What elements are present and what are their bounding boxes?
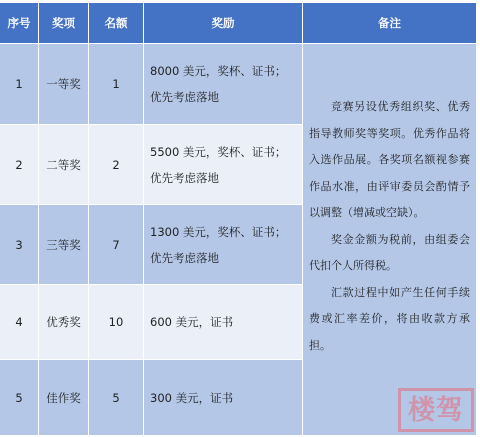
row-1-reward-line2: 优先考虑落地	[150, 84, 219, 110]
row-3-award: 三等奖	[39, 205, 89, 285]
row-1-reward-line1: 8000 美元，奖杯、证书；	[150, 58, 286, 84]
row-3-quota: 7	[89, 205, 144, 285]
row-3-reward-line2: 优先考虑落地	[150, 245, 219, 271]
header-index: 序号	[0, 3, 39, 44]
row-2-reward-line2: 优先考虑落地	[150, 165, 219, 191]
row-5-quota: 5	[89, 360, 144, 436]
row-1-reward: 8000 美元，奖杯、证书； 优先考虑落地	[144, 44, 303, 125]
row-2-index: 2	[0, 125, 39, 205]
row-2-quota: 2	[89, 125, 144, 205]
note-paragraph-1: 竞赛另设优秀组织奖、优秀指导教师奖等奖项。优秀作品将入选作品展。各奖项名额视参赛…	[309, 94, 470, 227]
row-5-award: 佳作奖	[39, 360, 89, 436]
row-2-reward: 5500 美元，奖杯、证书； 优先考虑落地	[144, 125, 303, 205]
row-2-reward-line1: 5500 美元，奖杯、证书；	[150, 139, 286, 165]
row-3-reward-line1: 1300 美元，奖杯、证书；	[150, 219, 286, 245]
row-5-reward: 300 美元，证书	[144, 360, 303, 436]
note-paragraph-2: 奖金金额为税前，由组委会代扣个人所得税。	[309, 227, 470, 280]
header-quota: 名额	[89, 3, 144, 44]
row-4-reward: 600 美元，证书	[144, 285, 303, 360]
row-1-quota: 1	[89, 44, 144, 125]
watermark-logo: 楼驾	[398, 388, 474, 432]
row-1-index: 1	[0, 44, 39, 125]
header-award: 奖项	[39, 3, 89, 44]
row-1-award: 一等奖	[39, 44, 89, 125]
row-4-index: 4	[0, 285, 39, 360]
row-4-quota: 10	[89, 285, 144, 360]
awards-table: 序号 奖项 名额 奖励 备注 1 一等奖 1 8000 美元，奖杯、证书； 优先…	[0, 3, 477, 436]
row-3-reward: 1300 美元，奖杯、证书； 优先考虑落地	[144, 205, 303, 285]
header-notes: 备注	[303, 3, 477, 44]
row-3-index: 3	[0, 205, 39, 285]
row-2-award: 二等奖	[39, 125, 89, 205]
notes-cell: 竞赛另设优秀组织奖、优秀指导教师奖等奖项。优秀作品将入选作品展。各奖项名额视参赛…	[303, 44, 477, 436]
note-paragraph-3: 汇款过程中如产生任何手续费或汇率差价，将由收款方承担。	[309, 280, 470, 360]
row-5-index: 5	[0, 360, 39, 436]
header-reward: 奖励	[144, 3, 303, 44]
row-4-award: 优秀奖	[39, 285, 89, 360]
